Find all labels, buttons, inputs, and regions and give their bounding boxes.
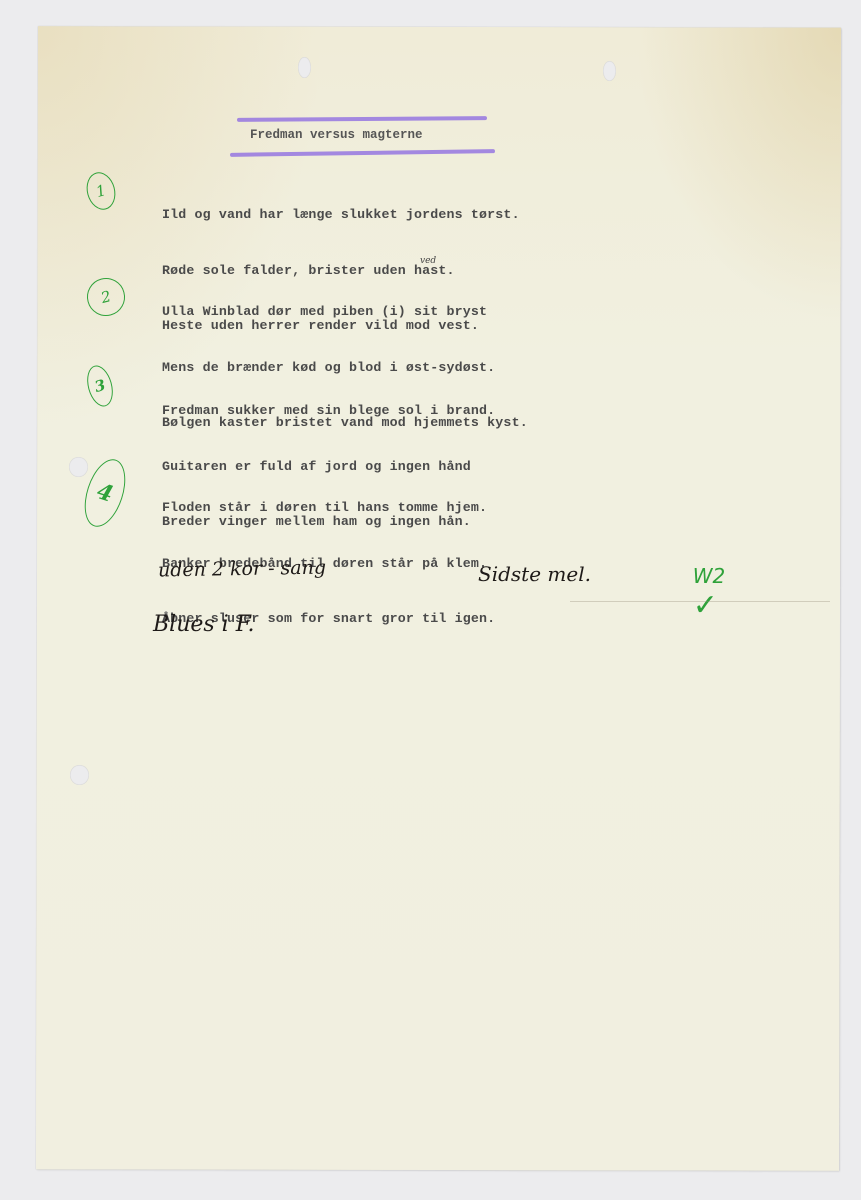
stanza-number: 1	[94, 181, 108, 201]
handwritten-insertion: ved	[420, 256, 436, 266]
verse-line: Ulla Winblad dør med piben (i) sit bryst	[162, 299, 528, 325]
verse-line: Fredman sukker med sin blege sol i brand…	[162, 398, 495, 424]
green-handwritten-mark: W2 ✓	[680, 540, 725, 623]
punch-hole	[70, 765, 89, 785]
handwritten-note-arrangement: uden 2 kor - sang	[158, 557, 326, 582]
verse-line: Floden står i døren til hans tomme hjem.	[162, 495, 495, 521]
green-mark-text: W2	[693, 564, 726, 588]
check-mark-icon: ✓	[693, 588, 718, 623]
stanza-number: 2	[99, 287, 113, 307]
stanza-number: 4	[94, 478, 117, 507]
punch-hole	[298, 57, 311, 78]
handwritten-note-melody: Sidste mel.	[478, 562, 591, 586]
punch-hole	[69, 457, 88, 477]
punch-hole	[603, 61, 616, 81]
paper-fold-line	[570, 601, 830, 602]
document-title: Fredman versus magterne	[250, 128, 423, 142]
handwritten-note-key: Blues i F.	[153, 612, 255, 637]
stanza-number: 3	[93, 376, 108, 396]
verse-line: Ild og vand har længe slukket jordens tø…	[162, 202, 520, 228]
